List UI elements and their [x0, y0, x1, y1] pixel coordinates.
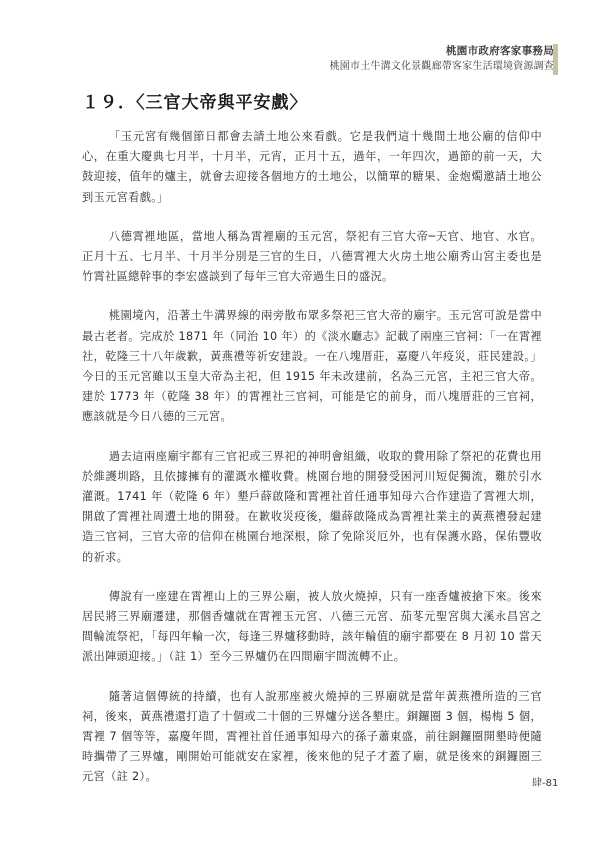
paragraph: 傳說有一座建在霄裡山上的三界公廟，被人放火燒掉，只有一座香爐被搶下來。後來居民將…: [82, 587, 542, 668]
paragraph: 桃園境內，沿著土牛溝界線的兩旁散布眾多祭祀三官大帝的廟宇。玉元宮可說是當中最古老…: [82, 306, 542, 427]
page-number: 肆-81: [532, 774, 558, 789]
header-accent-bar: [553, 44, 558, 75]
paragraph: 隨著這個傳統的持續，也有人說那座被火燒掉的三界廟就是當年黃燕禮所造的三官祠，後來…: [82, 687, 542, 788]
paragraph: 八德霄裡地區，當地人稱為霄裡廟的玉元宮，祭祀有三官大帝─天官、地官、水官。正月十…: [82, 227, 542, 288]
header-subtitle: 桃園市土牛溝文化景觀廊帶客家生活環境資源調查: [330, 59, 554, 74]
section-title: １９．〈三官大帝與平安戲〉: [82, 88, 308, 113]
paragraph-quote: 「玉元宮有幾個節日都會去請土地公來看戲。它是我們這十幾間土地公廟的信仰中心，在重…: [82, 127, 542, 208]
header-organization: 桃園市政府客家事務局: [330, 44, 554, 59]
paragraph: 過去這兩座廟宇都有三官祀或三界祀的神明會組織，收取的費用除了祭祀的花費也用於維護…: [82, 447, 542, 568]
body-content: 「玉元宮有幾個節日都會去請土地公來看戲。它是我們這十幾間土地公廟的信仰中心，在重…: [82, 127, 542, 807]
page-header: 桃園市政府客家事務局 桃園市土牛溝文化景觀廊帶客家生活環境資源調查: [330, 44, 554, 74]
